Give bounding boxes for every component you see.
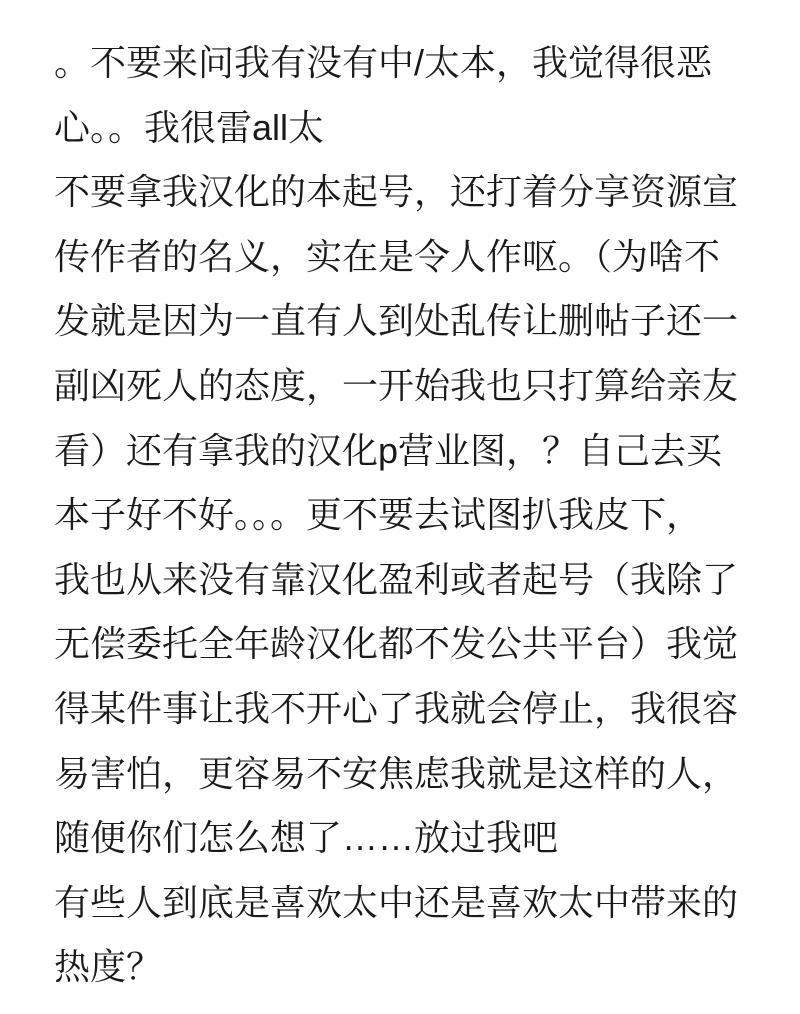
- page: { "page": { "background_color": "#ffffff…: [0, 0, 800, 1014]
- post-text: 。不要来问我有没有中/太本，我觉得很恶 心。。我很雷all太 不要拿我汉化的本起…: [54, 31, 780, 1000]
- text-line: 无偿委托全年龄汉化都不发公共平台）我觉: [54, 612, 780, 677]
- text-line: 本子好不好。。。更不要去试图扒我皮下，: [54, 483, 780, 548]
- text-line: 有些人到底是喜欢太中还是喜欢太中带来的: [54, 871, 780, 936]
- text-line: 副凶死人的态度，一开始我也只打算给亲友: [54, 354, 780, 419]
- text-line: 看）还有拿我的汉化p营业图，？自己去买: [54, 419, 780, 484]
- text-line: 。不要来问我有没有中/太本，我觉得很恶: [54, 31, 780, 96]
- text-line: 随便你们怎么想了……放过我吧: [54, 806, 780, 871]
- text-line: 传作者的名义，实在是令人作呕。（为啥不: [54, 225, 780, 290]
- text-line: 不要拿我汉化的本起号，还打着分享资源宣: [54, 160, 780, 225]
- text-line: 心。。我很雷all太: [54, 96, 780, 161]
- text-line: 易害怕，更容易不安焦虑我就是这样的人，: [54, 742, 780, 807]
- text-line: 发就是因为一直有人到处乱传让删帖子还一: [54, 289, 780, 354]
- text-line: 我也从来没有靠汉化盈利或者起号（我除了: [54, 548, 780, 613]
- text-line: 得某件事让我不开心了我就会停止，我很容: [54, 677, 780, 742]
- text-line: 热度？: [54, 935, 780, 1000]
